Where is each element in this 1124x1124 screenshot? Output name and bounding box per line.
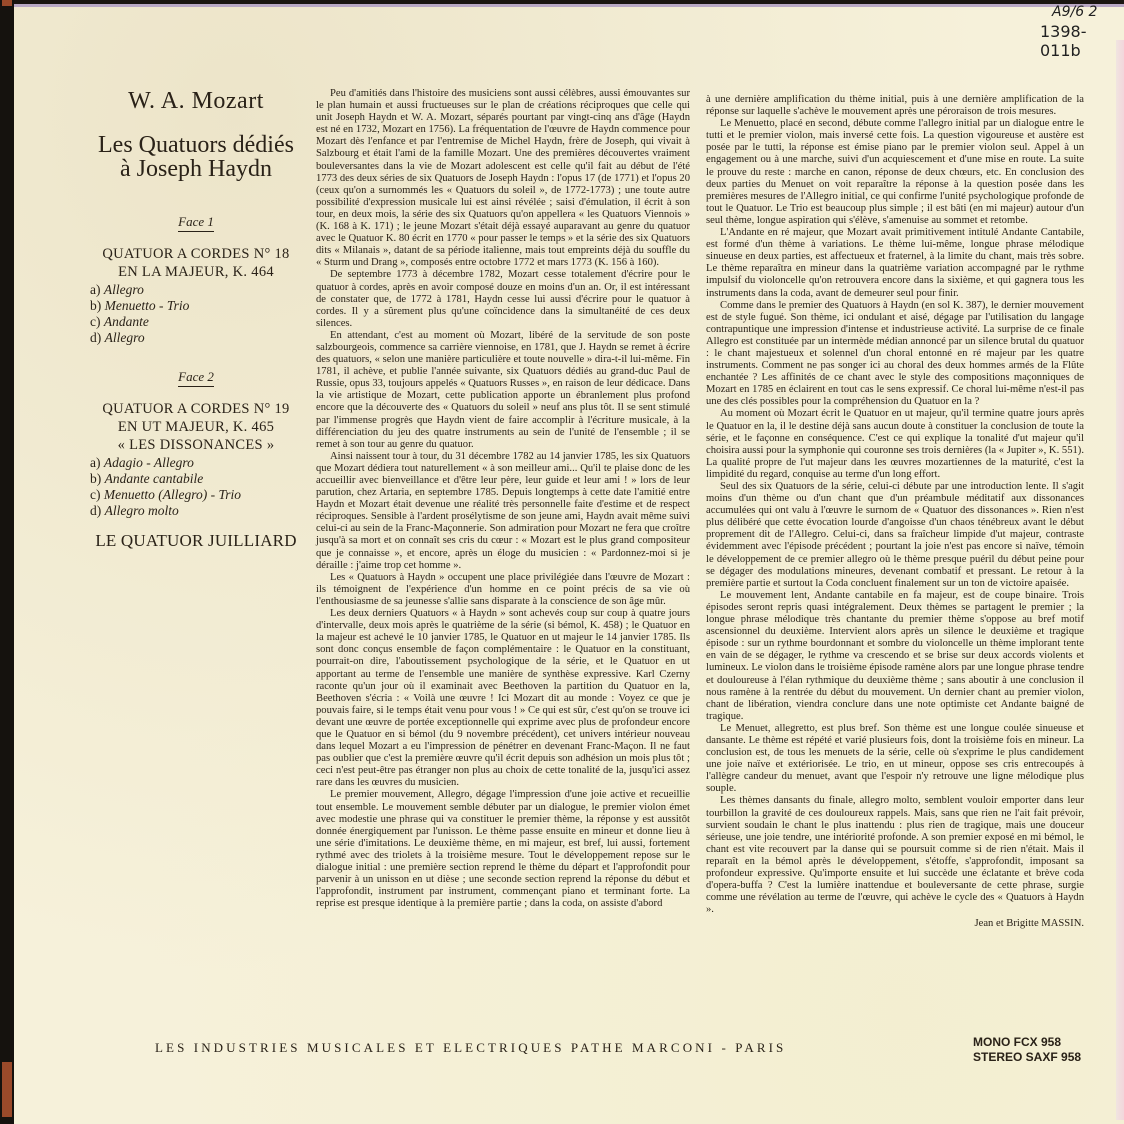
- handwritten-note: A9/6 2: [1052, 4, 1097, 20]
- notes-paragraph: Comme dans le premier des Quatuors à Hay…: [706, 300, 1084, 409]
- notes-paragraph: Le mouvement lent, Andante cantabile en …: [706, 590, 1084, 723]
- notes-signature: Jean et Brigitte MASSIN.: [706, 918, 1084, 930]
- composer-name: W. A. Mozart: [86, 88, 306, 115]
- face-1-label: Face 1: [178, 214, 214, 232]
- catalog-mono: MONO FCX 958: [973, 1035, 1081, 1050]
- notes-paragraph: Le Menuetto, placé en second, débute com…: [706, 118, 1084, 227]
- sleeve-right-edge: [1116, 40, 1124, 1120]
- notes-paragraph: Les « Quatuors à Haydn » occupent une pl…: [316, 572, 690, 608]
- spine-tab-bottom: [2, 1062, 12, 1117]
- notes-paragraph: Le premier mouvement, Allegro, dégage l'…: [316, 789, 690, 910]
- work-title-line: QUATUOR A CORDES N° 18: [86, 246, 306, 262]
- movement-item: b) Menuetto - Trio: [90, 298, 306, 314]
- notes-paragraph: Les thèmes dansants du finale, allegro m…: [706, 795, 1084, 916]
- movement-item: c) Menuetto (Allegro) - Trio: [90, 487, 306, 503]
- work-subtitle: « LES DISSONANCES »: [86, 437, 306, 453]
- notes-paragraph: Ainsi naissent tour à tour, du 31 décemb…: [316, 451, 690, 572]
- movement-item: d) Allegro: [90, 330, 306, 346]
- face-2-label: Face 2: [178, 369, 214, 387]
- movement-item: b) Andante cantabile: [90, 471, 306, 487]
- movement-item: a) Allegro: [90, 282, 306, 298]
- face-1-work: QUATUOR A CORDES N° 18 EN LA MAJEUR, K. …: [86, 246, 306, 280]
- notes-paragraph: Peu d'amitiés dans l'histoire des musici…: [316, 88, 690, 269]
- work-title-line: QUATUOR A CORDES N° 19: [86, 401, 306, 417]
- catalog-numbers: MONO FCX 958 STEREO SAXF 958: [973, 1035, 1081, 1065]
- face-1-movements: a) Allegro b) Menuetto - Trio c) Andante…: [90, 282, 306, 346]
- catalog-stereo: STEREO SAXF 958: [973, 1050, 1081, 1065]
- tracklist-panel: W. A. Mozart Les Quatuors dédiés à Josep…: [86, 88, 306, 551]
- movement-item: c) Andante: [90, 314, 306, 330]
- notes-paragraph: De septembre 1773 à décembre 1782, Mozar…: [316, 269, 690, 329]
- face-2-work: QUATUOR A CORDES N° 19 EN UT MAJEUR, K. …: [86, 401, 306, 453]
- work-title-line: EN LA MAJEUR, K. 464: [86, 264, 306, 280]
- movement-item: a) Adagio - Allegro: [90, 455, 306, 471]
- face-2-movements: a) Adagio - Allegro b) Andante cantabile…: [90, 455, 306, 519]
- publisher-footer: LES INDUSTRIES MUSICALES ET ELECTRIQUES …: [155, 1040, 786, 1056]
- album-title: Les Quatuors dédiés à Joseph Haydn: [86, 133, 306, 181]
- liner-notes-column-1: Peu d'amitiés dans l'histoire des musici…: [316, 88, 690, 910]
- notes-paragraph: à une dernière amplification du thème in…: [706, 94, 1084, 118]
- notes-paragraph: Au moment où Mozart écrit le Quatuor en …: [706, 408, 1084, 481]
- notes-paragraph: Seul des six Quatuors de la série, celui…: [706, 481, 1084, 590]
- work-title-line: EN UT MAJEUR, K. 465: [86, 419, 306, 435]
- album-title-line: Les Quatuors dédiés: [86, 133, 306, 157]
- notes-paragraph: Le Menuet, allegretto, est plus bref. So…: [706, 723, 1084, 796]
- notes-paragraph: Les deux derniers Quatuors « à Haydn » s…: [316, 608, 690, 789]
- sleeve-spine-edge: [0, 0, 14, 1124]
- spine-tab-top: [2, 0, 12, 6]
- album-title-line: à Joseph Haydn: [86, 157, 306, 181]
- movement-item: d) Allegro molto: [90, 503, 306, 519]
- notes-paragraph: L'Andante en ré majeur, que Mozart avait…: [706, 227, 1084, 300]
- performer-name: LE QUATUOR JUILLIARD: [86, 531, 306, 551]
- liner-notes-column-2: à une dernière amplification du thème in…: [706, 94, 1084, 930]
- notes-paragraph: En attendant, c'est au moment où Mozart,…: [316, 330, 690, 451]
- handwritten-inventory-number: 1398-011b: [1040, 22, 1124, 60]
